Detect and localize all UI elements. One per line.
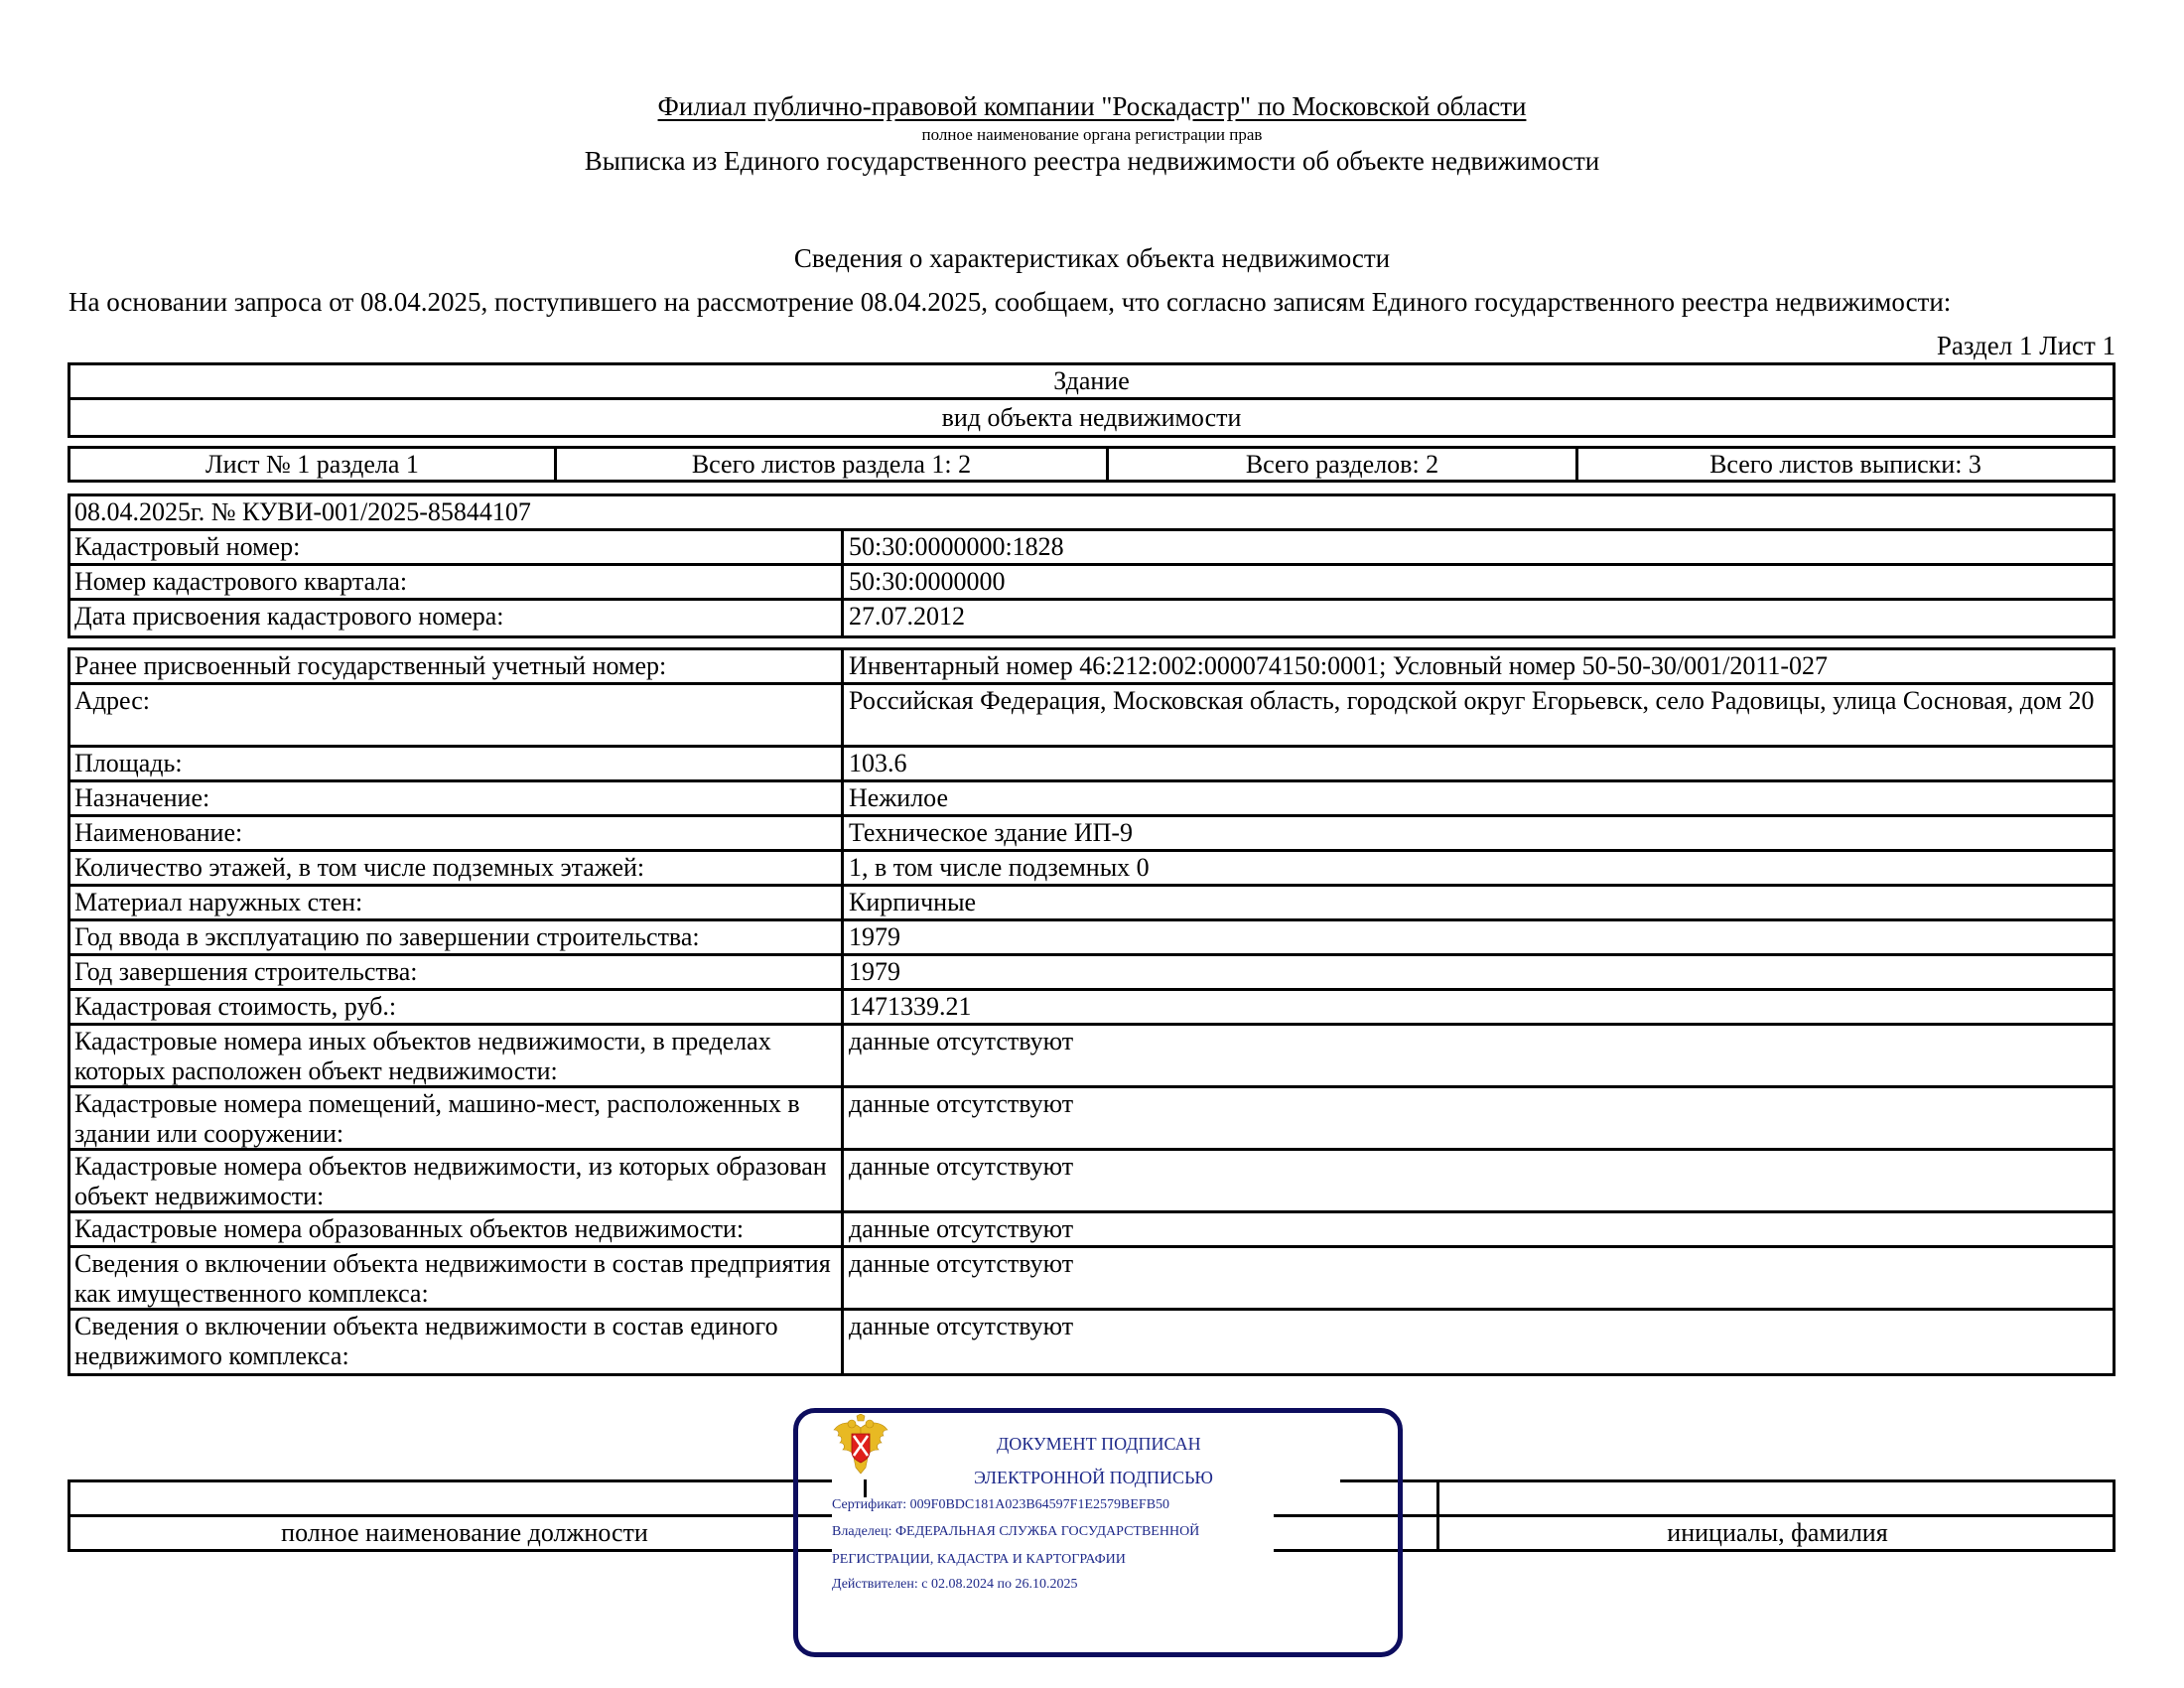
table-row: Кадастровые номера иных объектов недвижи…	[70, 1026, 2113, 1088]
stamp-owner: Владелец: ФЕДЕРАЛЬНАЯ СЛУЖБА ГОСУДАРСТВЕ…	[832, 1524, 1199, 1540]
footer-line-top-left	[68, 1479, 832, 1482]
table-row: Кадастровые номера помещений, машино-мес…	[70, 1088, 2113, 1151]
row-value: Кирпичные	[844, 887, 2113, 918]
row-value: 1, в том числе подземных 0	[844, 852, 2113, 884]
row-label: Назначение:	[70, 782, 844, 814]
row-label: Год ввода в эксплуатацию по завершении с…	[70, 921, 844, 953]
identification-table: 08.04.2025г. № КУВИ-001/2025-85844107 Ка…	[68, 493, 2116, 638]
row-label: Кадастровые номера иных объектов недвижи…	[70, 1026, 844, 1085]
stamp-owner-continued: РЕГИСТРАЦИИ, КАДАСТРА И КАРТОГРАФИИ	[832, 1552, 1126, 1568]
row-value: Техническое здание ИП-9	[844, 817, 2113, 849]
row-label: Год завершения строительства:	[70, 956, 844, 988]
table-row: Кадастровые номера объектов недвижимости…	[70, 1151, 2113, 1213]
characteristics-table: Ранее присвоенный государственный учетны…	[68, 647, 2116, 1376]
row-label: Материал наружных стен:	[70, 887, 844, 918]
coat-of-arms-icon	[830, 1414, 891, 1476]
row-value: 1471339.21	[844, 991, 2113, 1023]
row-label: Ранее присвоенный государственный учетны…	[70, 650, 844, 682]
row-label: Сведения о включении объекта недвижимост…	[70, 1311, 844, 1373]
section-sheet-reference: Раздел 1 Лист 1	[1937, 331, 2116, 361]
sections-total: Всего разделов: 2	[1109, 449, 1578, 480]
position-caption: полное наименование должности	[68, 1518, 862, 1548]
object-type-value: Здание	[70, 365, 2113, 400]
table-row: Ранее присвоенный государственный учетны…	[70, 650, 2113, 685]
table-row: Площадь:103.6	[70, 748, 2113, 782]
row-label: Кадастровые номера помещений, машино-мес…	[70, 1088, 844, 1148]
row-label: Кадастровые номера образованных объектов…	[70, 1213, 844, 1245]
row-label: Дата присвоения кадастрового номера:	[70, 601, 844, 635]
row-label: Наименование:	[70, 817, 844, 849]
table-row: Материал наружных стен:Кирпичные	[70, 887, 2113, 921]
row-label: Адрес:	[70, 685, 844, 745]
footer-line-bottom-left	[68, 1549, 832, 1552]
stamp-certificate: Сертификат: 009F0BDC181A023B64597F1E2579…	[832, 1497, 1169, 1513]
section-title: Сведения о характеристиках объекта недви…	[0, 243, 2184, 274]
table-row: Дата присвоения кадастрового номера:27.0…	[70, 601, 2113, 635]
table-row: Год завершения строительства:1979	[70, 956, 2113, 991]
section-sheets-total: Всего листов раздела 1: 2	[557, 449, 1109, 480]
object-type-caption: вид объекта недвижимости	[70, 400, 2113, 435]
footer-line-mid-left	[68, 1514, 832, 1517]
row-label: Кадастровые номера объектов недвижимости…	[70, 1151, 844, 1210]
row-label: Количество этажей, в том числе подземных…	[70, 852, 844, 884]
registration-authority-name: Филиал публично-правовой компании "Роска…	[0, 91, 2184, 122]
row-label: Кадастровый номер:	[70, 531, 844, 563]
object-type-box: Здание вид объекта недвижимости	[68, 362, 2116, 438]
row-value: данные отсутствуют	[844, 1248, 2113, 1308]
table-row: Кадастровая стоимость, руб.:1471339.21	[70, 991, 2113, 1026]
table-row: Номер кадастрового квартала:50:30:000000…	[70, 566, 2113, 601]
row-value: данные отсутствуют	[844, 1213, 2113, 1245]
registration-authority-caption: полное наименование органа регистрации п…	[0, 125, 2184, 145]
table-row: Сведения о включении объекта недвижимост…	[70, 1248, 2113, 1311]
row-label: Сведения о включении объекта недвижимост…	[70, 1248, 844, 1308]
row-value: 50:30:0000000:1828	[844, 531, 2113, 563]
table-row: Кадастровый номер:50:30:0000000:1828	[70, 531, 2113, 566]
row-value: Нежилое	[844, 782, 2113, 814]
extract-sheets-total: Всего листов выписки: 3	[1578, 449, 2113, 480]
stamp-title-line1: ДОКУМЕНТ ПОДПИСАН	[997, 1434, 1201, 1455]
extract-number-row: 08.04.2025г. № КУВИ-001/2025-85844107	[70, 496, 2113, 531]
row-value: 1979	[844, 956, 2113, 988]
row-value: данные отсутствуют	[844, 1151, 2113, 1210]
row-value: данные отсутствуют	[844, 1311, 2113, 1373]
row-label: Площадь:	[70, 748, 844, 779]
extract-number: 08.04.2025г. № КУВИ-001/2025-85844107	[70, 496, 2113, 528]
document-title: Выписка из Единого государственного реес…	[0, 146, 2184, 177]
table-row: Наименование:Техническое здание ИП-9	[70, 817, 2113, 852]
table-row: Год ввода в эксплуатацию по завершении с…	[70, 921, 2113, 956]
row-value: данные отсутствуют	[844, 1088, 2113, 1148]
row-value: данные отсутствуют	[844, 1026, 2113, 1085]
stamp-title-line2: ЭЛЕКТРОННОЙ ПОДПИСЬЮ	[974, 1468, 1213, 1488]
row-value: 50:30:0000000	[844, 566, 2113, 598]
row-label: Кадастровая стоимость, руб.:	[70, 991, 844, 1023]
row-label: Номер кадастрового квартала:	[70, 566, 844, 598]
table-row: Адрес:Российская Федерация, Московская о…	[70, 685, 2113, 748]
table-row: Кадастровые номера образованных объектов…	[70, 1213, 2113, 1248]
table-row: Назначение:Нежилое	[70, 782, 2113, 817]
table-row: Сведения о включении объекта недвижимост…	[70, 1311, 2113, 1373]
stamp-validity: Действителен: с 02.08.2024 по 26.10.2025	[832, 1577, 1077, 1593]
table-row: Количество этажей, в том числе подземных…	[70, 852, 2113, 887]
row-value: 103.6	[844, 748, 2113, 779]
name-caption: инициалы, фамилия	[1439, 1518, 2116, 1548]
row-value: 1979	[844, 921, 2113, 953]
sheet-number: Лист № 1 раздела 1	[70, 449, 557, 480]
row-value: Российская Федерация, Московская область…	[844, 685, 2113, 745]
request-basis-text: На основании запроса от 08.04.2025, пост…	[68, 287, 1951, 318]
sheets-info-row: Лист № 1 раздела 1 Всего листов раздела …	[68, 446, 2116, 483]
row-value: 27.07.2012	[844, 601, 2113, 635]
row-value: Инвентарный номер 46:212:002:000074150:0…	[844, 650, 2113, 682]
footer-line-top-right	[1340, 1479, 2116, 1482]
